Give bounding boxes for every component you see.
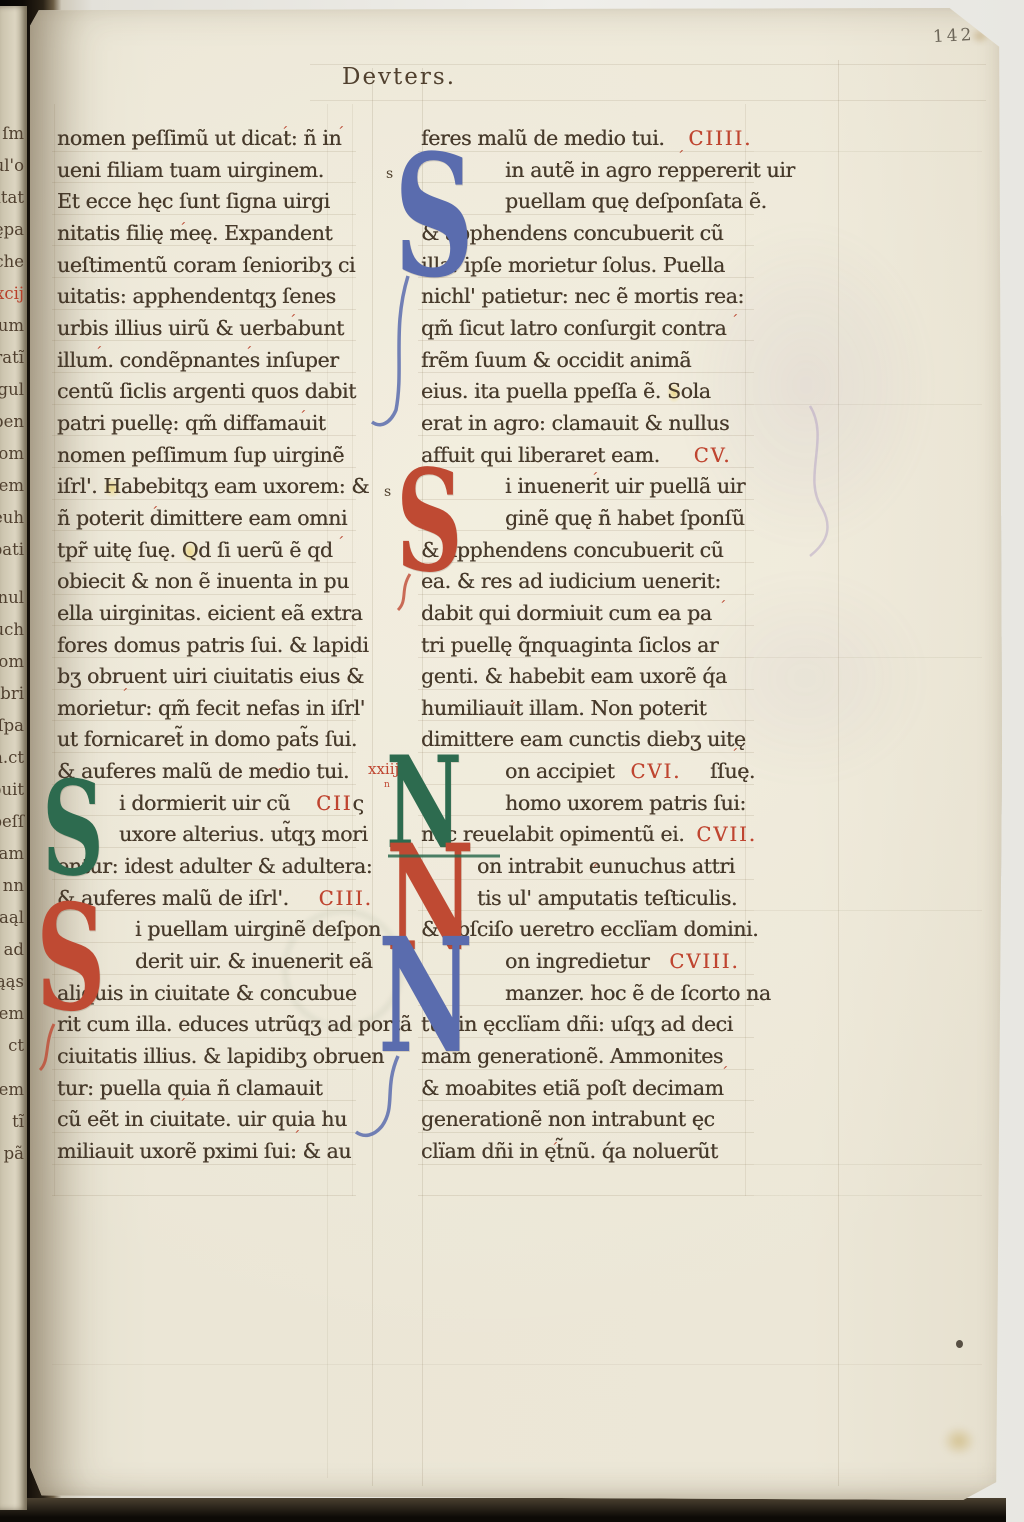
text-line: illum. condẽpnantes inſuper [57, 348, 359, 380]
text-line: nomen peſſimũ ut dicat: ñ in [57, 126, 359, 158]
text-line: generationẽ non intrabunt ęc [421, 1107, 755, 1139]
previous-page-text-fragment: pã [4, 1146, 24, 1163]
text-line: bʒ obruent uiri ciuitatis eius & [57, 664, 359, 696]
initial-n-blue-right: N [378, 918, 473, 1076]
text-line: miliauit uxorẽ pximi ſui: & au [57, 1139, 359, 1171]
body-text: & apphendens concubuerit cũ [421, 538, 723, 562]
body-text: puellam quę deſponſata ẽ. [505, 189, 767, 213]
folio-number: 142 [933, 27, 975, 46]
running-title: Devters. [342, 64, 542, 92]
previous-page-text-fragment: ſuch [0, 622, 24, 639]
initial-s-red-right: S [396, 452, 463, 592]
body-text: qm̃ ſicut latro conſurgit contra [421, 316, 726, 340]
body-text: generationẽ non intrabunt ęc [421, 1107, 715, 1131]
marginal-chapter-sub: n [384, 780, 390, 790]
rubric-chapter-number: CVII. [696, 823, 757, 846]
body-text: on accipiet [505, 759, 614, 783]
body-text: humiliauit illam. Non poterit [421, 696, 706, 720]
text-line: cũ eẽt in ciuitate. uir quia hu [57, 1107, 359, 1139]
previous-page-text-fragment: xcij [0, 286, 24, 303]
ruling-line [754, 910, 982, 911]
body-text: ginẽ quę ñ habet ſponſũ [505, 506, 745, 530]
previous-page-text-fragment: nn [3, 878, 24, 895]
text-line: ciuitatis illius. & lapidibʒ obruen [57, 1044, 359, 1076]
body-text: homo uxorem patris ſui: [505, 791, 746, 815]
rubric-chapter-number: CV. [694, 444, 732, 467]
text-line: erat in agro: clamauit & nullus [421, 411, 755, 443]
text-line: uitatis: apphendentqʒ ſenes [57, 284, 359, 316]
previous-page-text-fragment: pati [0, 542, 24, 559]
previous-page-text-fragment: ſpa [0, 718, 24, 735]
body-text: manzer. hoc ẽ de ſcorto na [505, 981, 771, 1005]
ruling-line [52, 1195, 356, 1196]
body-text: clïam dñi in ęt̃nũ. q́a noluerũt [421, 1139, 718, 1163]
body-text: derit uir. & inuenerit eã [135, 949, 372, 973]
ruling-line [418, 1195, 754, 1196]
paragraph-mark: s [384, 484, 391, 500]
ruling-line [754, 1195, 982, 1196]
body-text: obiecit & non ẽ inuenta in pu [57, 569, 349, 593]
text-line: humiliauit illam. Non poterit [421, 696, 755, 728]
body-text: nomen peſſimum ſup uirginẽ [57, 443, 344, 467]
body-text: eius. ita puella ppeſſa ẽ. [421, 379, 667, 403]
text-line: tpr̃ uitę ſuę. Qd ſi uerũ ẽ qd [57, 538, 359, 570]
text-line: clïam dñi in ęt̃nũ. q́a noluerũt [421, 1139, 755, 1171]
text-line: ueſtimentũ coram ſenioribʒ ci [57, 253, 359, 285]
body-text: H [103, 474, 120, 498]
previous-page-text-fragment: ul'o [0, 158, 24, 175]
previous-page-text-fragment: com [0, 654, 24, 671]
body-text: iſrl'. [57, 474, 103, 498]
rubric-chapter-number: CIIII. [688, 127, 752, 150]
text-line: frẽm ſuum & occidit animã [421, 348, 755, 380]
text-line: fores domus patris ſui. & lapidi [57, 633, 359, 665]
body-text: ueni filiam tuam uirginem. [57, 158, 324, 182]
previous-page-text-fragment: tĩ [12, 1114, 24, 1131]
text-line: genti. & habebit eam uxorẽ q́a [421, 664, 755, 696]
previous-page-text-fragment: ſm [2, 126, 24, 143]
ruling-line [310, 100, 986, 101]
body-text: i dormierit uir cũ [119, 791, 290, 815]
text-line: tri puellę q̃nquaginta ſiclos ar [421, 633, 755, 665]
text-line: ueni filiam tuam uirginem. [57, 158, 359, 190]
previous-page-text-fragment: buit [0, 782, 24, 799]
previous-page-text-fragment: em [0, 1006, 24, 1023]
rubric-chapter-number: CVIII. [669, 950, 739, 973]
body-text: on ingredietur [505, 949, 649, 973]
body-text: tis ul' amputatis teſticulis. [477, 886, 737, 910]
body-text: dabit qui dormiuit cum ea pa [421, 601, 712, 625]
initial-s-blue-right: S [394, 132, 474, 300]
body-text: erat in agro: clamauit & nullus [421, 411, 729, 435]
body-text: morietur: qm̃ fecit nefas in iſrl' [57, 696, 365, 720]
ruling-line [754, 151, 982, 152]
body-text: Q [182, 538, 198, 562]
manuscript-page: Devters. 142 nomen peſſimũ ut dicat: ñ i… [30, 8, 1002, 1500]
previous-page-text-fragment: obri [0, 686, 24, 703]
body-text: tpr̃ uitę ſuę. [57, 538, 182, 562]
text-line: i inuenerit uir puellã uir [421, 474, 755, 506]
body-text: i inuenerit uir puellã uir [505, 474, 745, 498]
ruling-line [52, 1364, 982, 1365]
body-text: patri puellę: qm̃ diffamauit [57, 411, 326, 435]
previous-page-edge: ſmul'ontatęparchexcijmumtratĩngulbenDomo… [0, 6, 27, 1510]
previous-page-text-fragment: n.ct [0, 750, 24, 767]
ink-speck [956, 1340, 963, 1348]
text-line: patri puellę: qm̃ diffamauit [57, 411, 359, 443]
previous-page-text-fragment: ąąs [0, 974, 24, 991]
body-text: ñ poterit dimittere eam omni [57, 506, 347, 530]
body-text: tur: puella quia ñ clamauit [57, 1076, 322, 1100]
text-line: on accipietCVI.ſſuę. [421, 759, 755, 791]
previous-page-text-fragment: ham [0, 846, 24, 863]
paragraph-mark: s [386, 166, 393, 182]
manuscript-photograph: ſmul'ontatęparchexcijmumtratĩngulbenDomo… [0, 0, 1024, 1522]
text-line: ella uirginitas. eicient eã extra [57, 601, 359, 633]
body-text: bʒ obruent uiri ciuitatis eius & [57, 664, 364, 688]
previous-page-text-fragment: oſem [0, 478, 24, 495]
text-line: nitatis filię meę. Expandent [57, 221, 359, 253]
body-text: Et ecce hęc ſunt ſigna uirgi [57, 189, 330, 213]
previous-page-text-fragment: ntat [0, 190, 24, 207]
text-line: morietur: qm̃ fecit nefas in iſrl' [57, 696, 359, 728]
body-text: S [667, 379, 681, 403]
text-line: affuit qui liberaret eam.CV. [421, 443, 755, 475]
body-text: fores domus patris ſui. & lapidi [57, 633, 369, 657]
body-text: on intrabit eunuchus attri [477, 854, 735, 878]
photo-bottom-shadow [0, 1498, 1006, 1522]
previous-page-text-fragment: ſeuh [0, 510, 24, 527]
body-text: rit cum illa. educes utrũqʒ ad portã [57, 1012, 412, 1036]
body-text: ola [681, 379, 711, 403]
body-text: frẽm ſuum & occidit animã [421, 348, 691, 372]
body-text: abebitqʒ eam uxorem: & [121, 474, 369, 498]
previous-page-text-fragment: ępa [0, 222, 24, 239]
previous-page-text-fragment: ngul [0, 382, 24, 399]
parchment-stain [942, 1426, 976, 1456]
rubric-chapter-number: CIII. [319, 887, 373, 910]
text-line: qm̃ ſicut latro conſurgit contra [421, 316, 755, 348]
previous-page-text-fragment: ſem [0, 1082, 24, 1099]
text-line: & apphendens concubuerit cũ [421, 538, 755, 570]
body-text: ut fornicaret̃ in domo pat̃s ſui. [57, 727, 357, 751]
body-text: d ſi uerũ ẽ qd [198, 538, 332, 562]
body-text: tri puellę q̃nquaginta ſiclos ar [421, 633, 718, 657]
body-text: ς [352, 791, 363, 815]
body-text: uitatis: apphendentqʒ ſenes [57, 284, 336, 308]
body-text: centũ ſiclis argenti quos dabit [57, 379, 356, 403]
body-text: ea. & res ad iudicium uenerit: [421, 569, 721, 593]
body-text: ella uirginitas. eicient eã extra [57, 601, 362, 625]
ruling-line [754, 1164, 982, 1165]
body-text: nitatis filię meę. Expandent [57, 221, 332, 245]
text-line: eius. ita puella ppeſſa ẽ. Sola [421, 379, 755, 411]
previous-page-text-fragment: ben [0, 414, 24, 431]
text-line: Et ecce hęc ſunt ſigna uirgi [57, 189, 359, 221]
previous-page-text-fragment: Dom [0, 446, 24, 463]
previous-page-text-fragment: aąl [0, 910, 24, 927]
text-line: dabit qui dormiuit cum ea pa [421, 601, 755, 633]
body-text: in autẽ in agro reppererit uir [505, 158, 795, 182]
body-text: ciuitatis illius. & lapidibʒ obruen [57, 1044, 384, 1068]
text-line: nomen peſſimum ſup uirginẽ [57, 443, 359, 475]
previous-page-text-fragment: nul [0, 590, 24, 607]
previous-page-text-fragment: ct [8, 1038, 24, 1055]
body-text: cũ eẽt in ciuitate. uir quia hu [57, 1107, 347, 1131]
initial-s-red-left: S [36, 886, 106, 1032]
text-line: obiecit & non ẽ inuenta in pu [57, 569, 359, 601]
previous-page-text-fragment: ad [4, 942, 24, 959]
text-line: urbis illius uirũ & uerbabunt [57, 316, 359, 348]
body-text: dimittere eam cunctis diebʒ uitę [421, 727, 746, 751]
text-line: ñ poterit dimittere eam omni [57, 506, 359, 538]
text-line: ginẽ quę ñ habet ſponſũ [421, 506, 755, 538]
body-text: i puellam uirginẽ deſpon [135, 917, 381, 941]
text-line: iſrl'. Habebitqʒ eam uxorem: & [57, 474, 359, 506]
previous-page-text-fragment: peſſ [0, 814, 24, 831]
previous-page-text-fragment: mum [0, 318, 24, 335]
previous-page-text-fragment: tratĩ [0, 350, 24, 367]
body-text: urbis illius uirũ & uerbabunt [57, 316, 344, 340]
body-text: genti. & habebit eam uxorẽ q́a [421, 664, 727, 688]
body-text: nomen peſſimũ ut dicat: ñ in [57, 126, 341, 150]
text-line: tur: puella quia ñ clamauit [57, 1076, 359, 1108]
text-line: dimittere eam cunctis diebʒ uitę [421, 727, 755, 759]
marginal-chapter-numeral: xxiij [368, 760, 399, 778]
body-text: miliauit uxorẽ pximi ſui: & au [57, 1139, 351, 1163]
body-text: ueſtimentũ coram ſenioribʒ ci [57, 253, 355, 277]
rubric-chapter-number: CVI. [630, 760, 681, 783]
rubric-chapter-number: CII [316, 792, 352, 815]
previous-page-text-fragment: rche [0, 254, 24, 271]
text-line: ea. & res ad iudicium uenerit: [421, 569, 755, 601]
body-text: uxore alterius. ut̃qʒ mori [119, 822, 368, 846]
text-line: centũ ſiclis argenti quos dabit [57, 379, 359, 411]
